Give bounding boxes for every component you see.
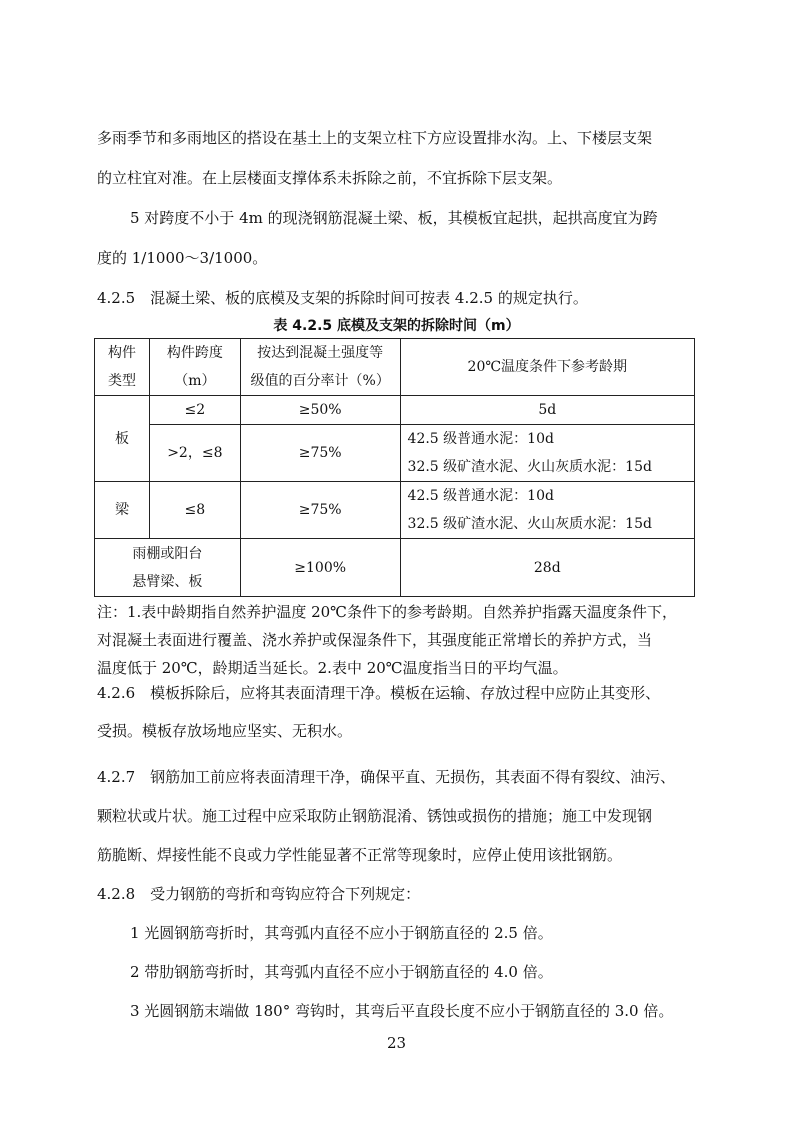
removal-time-table: 构件类型 构件跨度（m） 按达到混凝土强度等级值的百分率计（%） 20℃温度条件… [94,338,695,597]
cell-pct: ≥75% [240,425,400,482]
list-item: 3 光圆钢筋末端做 180° 弯钩时，其弯后平直段长度不应小于钢筋直径的 3.0… [130,1001,730,1021]
cell-span: ≤2 [149,396,240,425]
table-note: 注：1.表中龄期指自然养护温度 20℃条件下的参考龄期。自然养护指露天温度条件下… [97,598,697,682]
list-item: 2 带肋钢筋弯折时，其弯弧内直径不应小于钢筋直径的 4.0 倍。 [130,962,730,982]
table-row: 板 ≤2 ≥50% 5d [95,396,695,425]
cell-pct: ≥50% [240,396,400,425]
cell-type: 梁 [95,482,150,539]
header-reference-age: 20℃温度条件下参考龄期 [400,339,694,396]
cell-span: >2，≤8 [149,425,240,482]
cell-age: 42.5 级普通水泥：10d32.5 级矿渣水泥、火山灰质水泥：15d [400,425,694,482]
paragraph-line: 度的 1/1000～3/1000。 [97,248,697,268]
paragraph-line: 颗粒状或片状。施工过程中应采取防止钢筋混淆、锈蚀或损伤的措施；施工中发现钢 [97,806,697,826]
list-item: 1 光圆钢筋弯折时，其弯弧内直径不应小于钢筋直径的 2.5 倍。 [130,923,730,943]
header-span: 构件跨度（m） [149,339,240,396]
page-number: 23 [0,1034,793,1052]
table-caption: 表 4.2.5 底模及支架的拆除时间（m） [0,315,793,335]
table-row: 梁 ≤8 ≥75% 42.5 级普通水泥：10d32.5 级矿渣水泥、火山灰质水… [95,482,695,539]
cell-pct: ≥75% [240,482,400,539]
paragraph-line: 5 对跨度不小于 4m 的现浇钢筋混凝土梁、板，其模板宜起拱，起拱高度宜为跨 [130,208,730,228]
section-4-2-8: 4.2.8 受力钢筋的弯折和弯钩应符合下列规定： [97,884,697,904]
table-row: 雨棚或阳台悬臂梁、板 ≥100% 28d [95,539,695,597]
cell-pct: ≥100% [240,539,400,597]
cell-age: 28d [400,539,694,597]
table-row: >2，≤8 ≥75% 42.5 级普通水泥：10d32.5 级矿渣水泥、火山灰质… [95,425,695,482]
cell-age: 42.5 级普通水泥：10d32.5 级矿渣水泥、火山灰质水泥：15d [400,482,694,539]
paragraph-line: 筋脆断、焊接性能不良或力学性能显著不正常等现象时，应停止使用该批钢筋。 [97,845,697,865]
paragraph-line: 的立柱宜对准。在上层楼面支撑体系未拆除之前，不宜拆除下层支架。 [97,168,697,188]
section-4-2-5: 4.2.5 混凝土梁、板的底模及支架的拆除时间可按表 4.2.5 的规定执行。 [97,288,697,308]
table-header-row: 构件类型 构件跨度（m） 按达到混凝土强度等级值的百分率计（%） 20℃温度条件… [95,339,695,396]
cell-type: 板 [95,396,150,482]
section-4-2-7: 4.2.7 钢筋加工前应将表面清理干净，确保平直、无损伤，其表面不得有裂纹、油污… [97,767,697,787]
cell-type: 雨棚或阳台悬臂梁、板 [95,539,241,597]
header-member-type: 构件类型 [95,339,150,396]
section-4-2-6: 4.2.6 模板拆除后，应将其表面清理干净。模板在运输、存放过程中应防止其变形、 [97,683,697,703]
cell-span: ≤8 [149,482,240,539]
cell-age: 5d [400,396,694,425]
header-strength-pct: 按达到混凝土强度等级值的百分率计（%） [240,339,400,396]
paragraph-line: 多雨季节和多雨地区的搭设在基土上的支架立柱下方应设置排水沟。上、下楼层支架 [97,128,697,148]
paragraph-line: 受损。模板存放场地应坚实、无积水。 [97,721,697,741]
